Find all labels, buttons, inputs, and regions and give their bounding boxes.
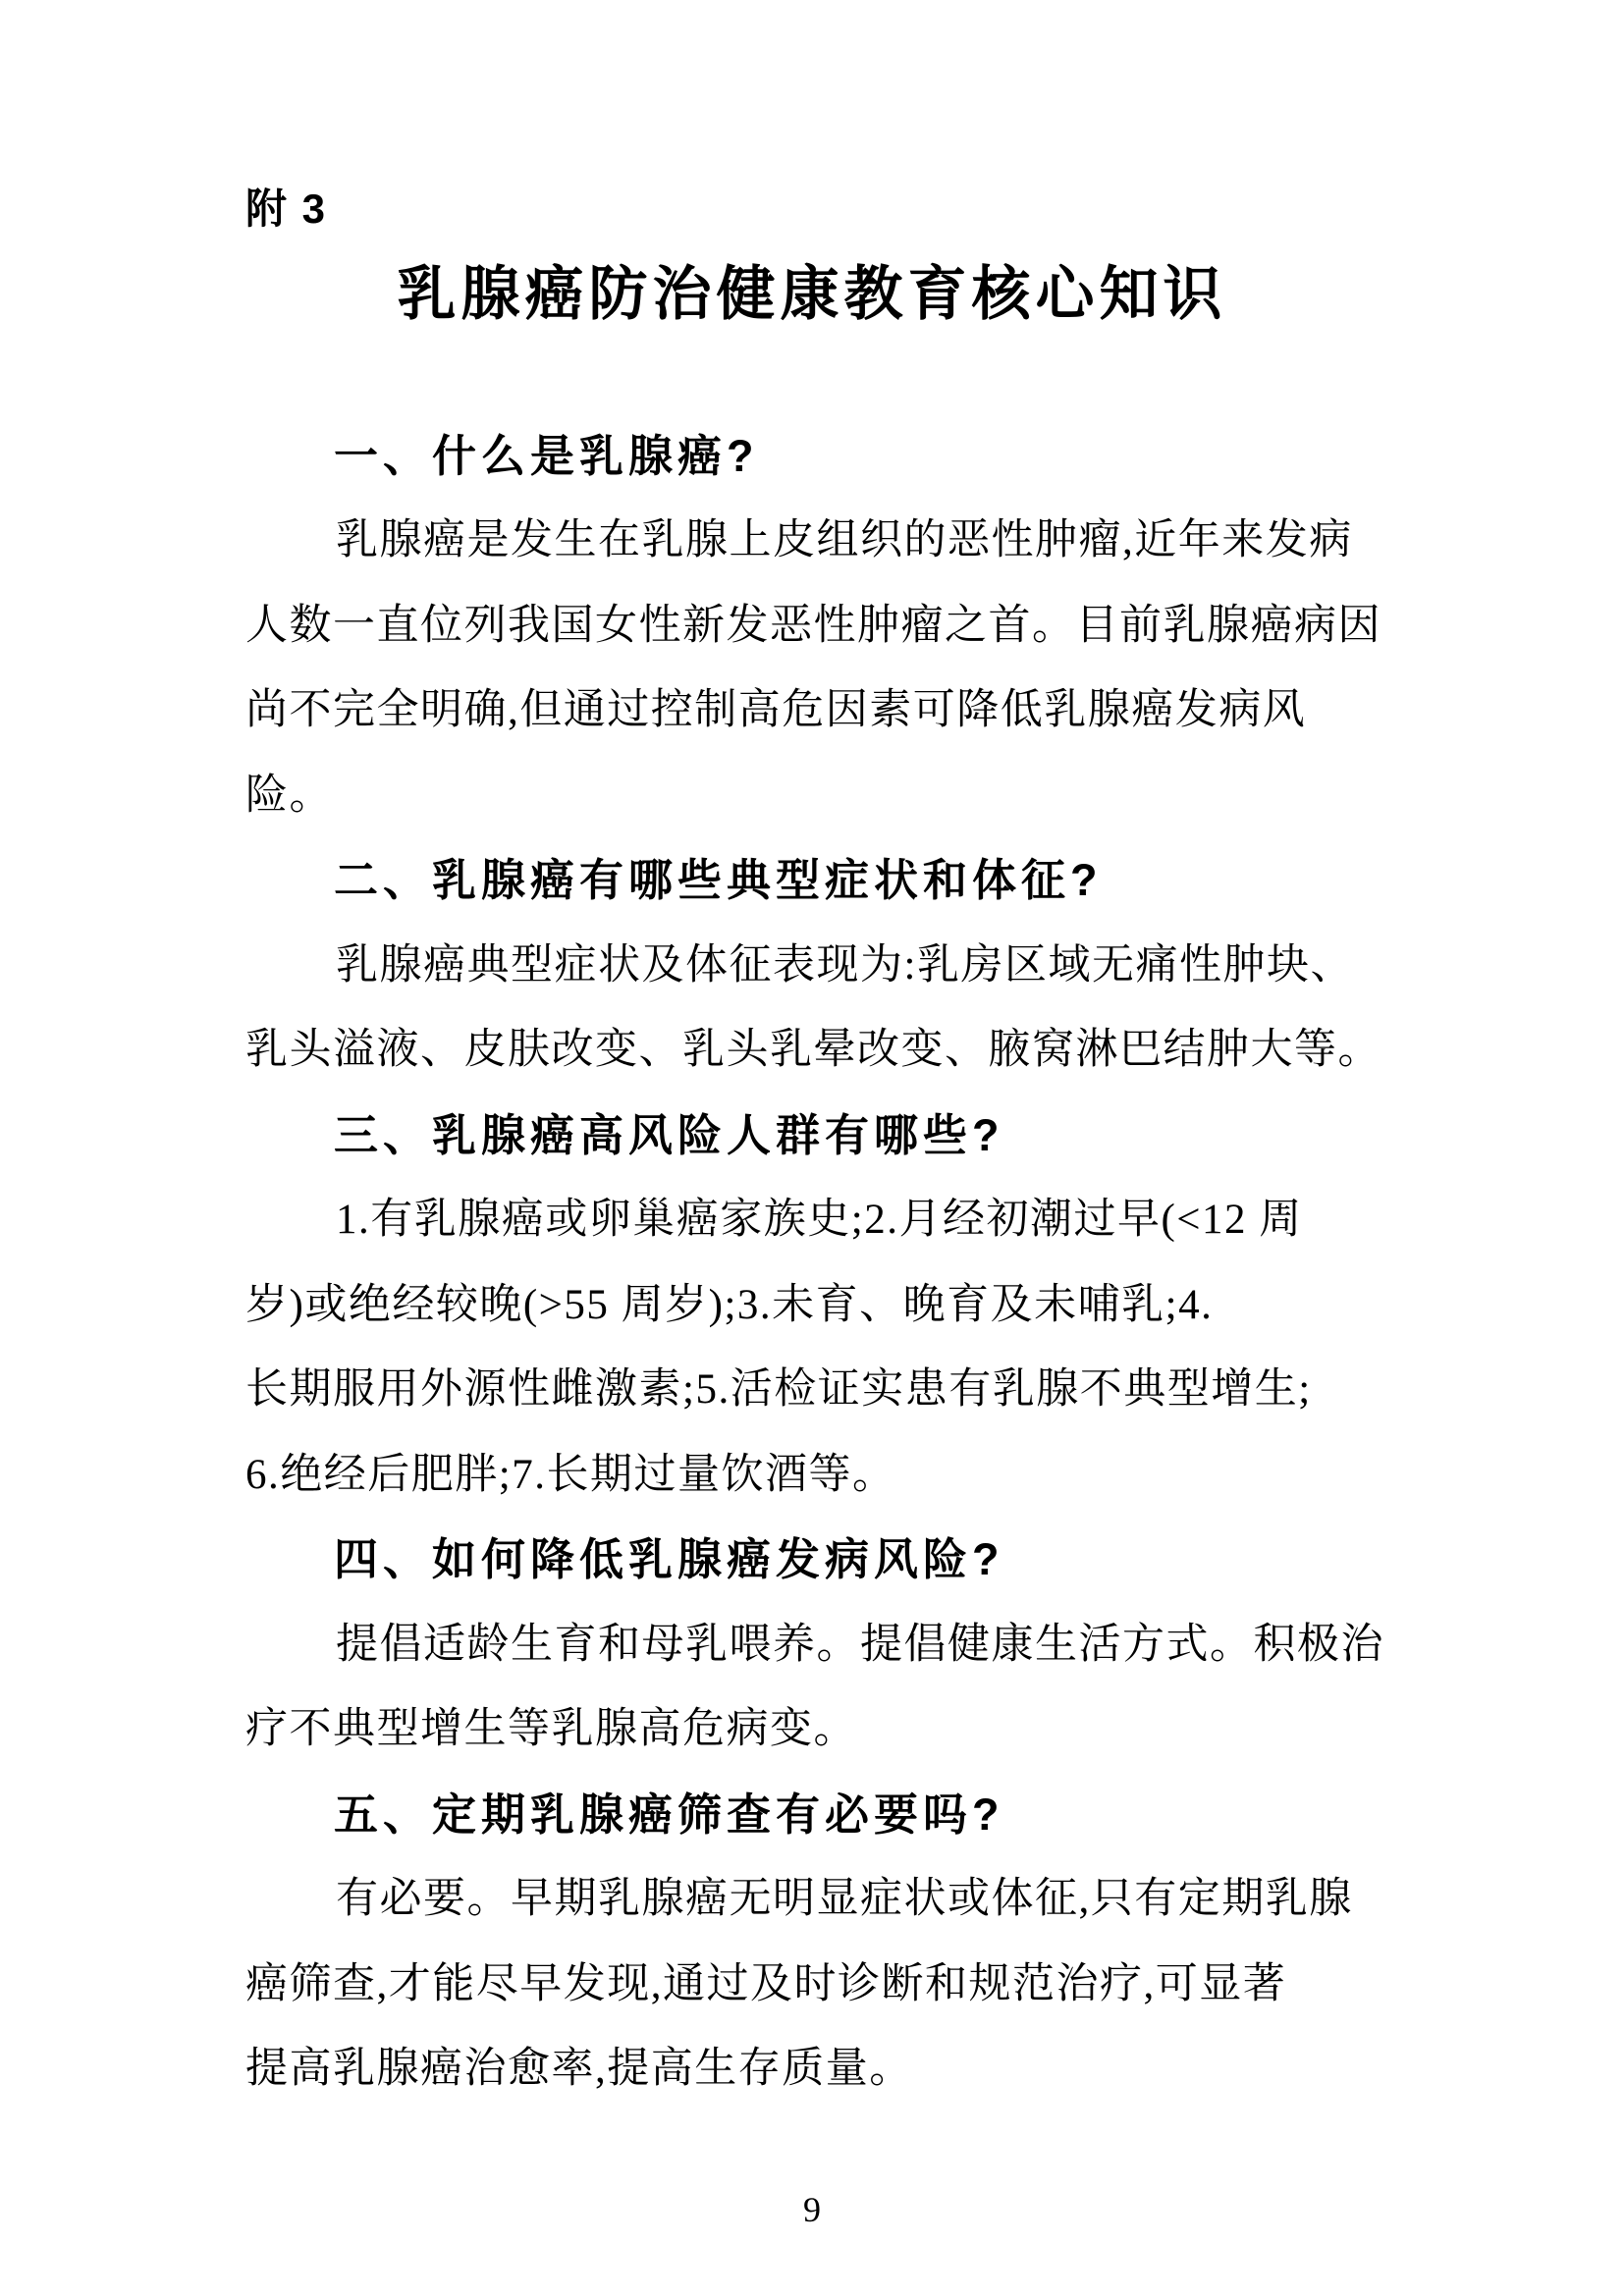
text-line: 提高乳腺癌治愈率,提高生存质量。 [245,2023,1386,2109]
text-line: 乳头溢液、皮肤改变、乳头乳晕改变、腋窝淋巴结肿大等。 [245,1004,1386,1090]
attachment-label: 附 3 [245,187,327,232]
section-heading: 三、乳腺癌高风险人群有哪些? [245,1089,1386,1174]
section-reduce-risk: 四、如何降低乳腺癌发病风险? 提倡适龄生育和母乳喂养。提倡健康生活方式。积极治 … [245,1514,1386,1769]
text-line: 1.有乳腺癌或卵巢癌家族史;2.月经初潮过早(<12 周 [245,1174,1386,1259]
text-line: 疗不典型增生等乳腺高危病变。 [245,1683,1386,1769]
section-high-risk-groups: 三、乳腺癌高风险人群有哪些? 1.有乳腺癌或卵巢癌家族史;2.月经初潮过早(<1… [245,1089,1386,1514]
section-screening-necessity: 五、定期乳腺癌筛查有必要吗? 有必要。早期乳腺癌无明显症状或体征,只有定期乳腺 … [245,1768,1386,2108]
section-heading: 四、如何降低乳腺癌发病风险? [245,1514,1386,1599]
document-body: 一、什么是乳腺癌? 乳腺癌是发生在乳腺上皮组织的恶性肿瘤,近年来发病 人数一直位… [245,409,1386,2108]
document-page: 附 3 乳腺癌防治健康教育核心知识 一、什么是乳腺癌? 乳腺癌是发生在乳腺上皮组… [0,0,1624,2296]
section-typical-symptoms: 二、乳腺癌有哪些典型症状和体征? 乳腺癌典型症状及体征表现为:乳房区域无痛性肿块… [245,834,1386,1090]
section-what-is-breast-cancer: 一、什么是乳腺癌? 乳腺癌是发生在乳腺上皮组织的恶性肿瘤,近年来发病 人数一直位… [245,409,1386,834]
text-line: 提倡适龄生育和母乳喂养。提倡健康生活方式。积极治 [245,1598,1386,1683]
text-line: 尚不完全明确,但通过控制高危因素可降低乳腺癌发病风 [245,665,1386,750]
text-line: 乳腺癌是发生在乳腺上皮组织的恶性肿瘤,近年来发病 [245,495,1386,580]
section-heading: 五、定期乳腺癌筛查有必要吗? [245,1768,1386,1853]
text-line: 长期服用外源性雌激素;5.活检证实患有乳腺不典型增生; [245,1344,1386,1429]
text-line: 6.绝经后肥胖;7.长期过量饮酒等。 [245,1428,1386,1514]
text-line: 乳腺癌典型症状及体征表现为:乳房区域无痛性肿块、 [245,919,1386,1004]
text-line: 人数一直位列我国女性新发恶性肿瘤之首。目前乳腺癌病因 [245,579,1386,665]
section-heading: 二、乳腺癌有哪些典型症状和体征? [245,834,1386,920]
page-number: 9 [0,2189,1624,2231]
text-line: 癌筛查,才能尽早发现,通过及时诊断和规范治疗,可显著 [245,1938,1386,2023]
text-line: 岁)或绝经较晚(>55 周岁);3.未育、晚育及未哺乳;4. [245,1258,1386,1344]
page-title: 乳腺癌防治健康教育核心知识 [0,261,1624,329]
text-line: 险。 [245,749,1386,834]
text-line: 有必要。早期乳腺癌无明显症状或体征,只有定期乳腺 [245,1853,1386,1939]
section-heading: 一、什么是乳腺癌? [245,409,1386,495]
